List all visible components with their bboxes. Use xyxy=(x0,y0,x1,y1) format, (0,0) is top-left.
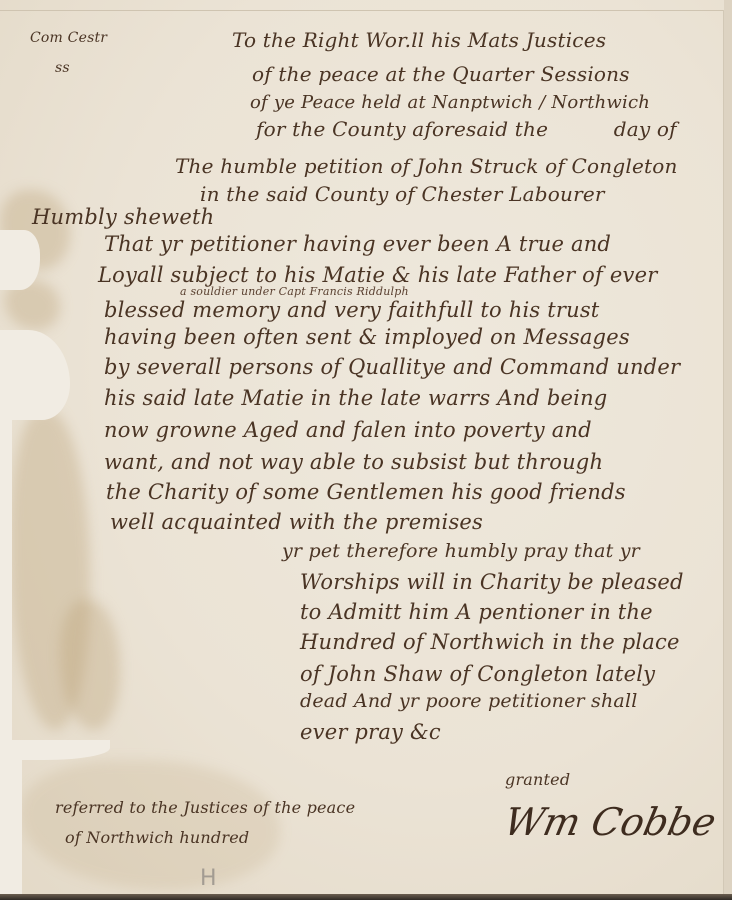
prayer-line: ever pray &c xyxy=(300,720,441,744)
body-line: want, and not way able to subsist but th… xyxy=(104,450,603,474)
torn-edge xyxy=(0,230,40,290)
granted-note: granted xyxy=(505,770,570,789)
page-right-edge xyxy=(724,0,732,900)
torn-edge xyxy=(0,420,12,760)
endorsement-line: of Northwich hundred xyxy=(65,828,249,847)
body-line: now growne Aged and falen into poverty a… xyxy=(104,418,592,442)
petitioner-line: in the said County of Chester Labourer xyxy=(200,182,605,206)
body-line: well acquainted with the premises xyxy=(110,510,483,534)
address-line: of ye Peace held at Nanptwich / Northwic… xyxy=(250,92,650,113)
address-line: To the Right Wor.ll his Mats Justices xyxy=(232,28,606,52)
body-line: the Charity of some Gentlemen his good f… xyxy=(106,480,626,504)
body-line: That yr petitioner having ever been A tr… xyxy=(104,232,611,256)
scan-bottom-edge xyxy=(0,894,732,900)
prayer-line: dead And yr poore petitioner shall xyxy=(300,690,638,712)
torn-edge xyxy=(0,740,110,760)
margin-note-ss: ss xyxy=(55,60,70,76)
body-line: by severall persons of Quallitye and Com… xyxy=(104,355,680,379)
interlineation: a souldier under Capt Francis Riddulph xyxy=(180,285,409,298)
scan-frame-top-line xyxy=(0,10,732,11)
address-line: for the County aforesaid the day of xyxy=(256,117,677,141)
prayer-line: to Admitt him A pentioner in the xyxy=(300,600,653,624)
body-line: his said late Matie in the late warrs An… xyxy=(104,386,607,410)
torn-edge xyxy=(0,330,70,420)
body-line: Loyall subject to his Matie & his late F… xyxy=(98,263,657,287)
signature: Wm Cobbe xyxy=(500,800,720,844)
manuscript-page: Com Cestr ss To the Right Wor.ll his Mat… xyxy=(0,0,732,900)
address-line: of the peace at the Quarter Sessions xyxy=(252,62,630,86)
petitioner-line: The humble petition of John Struck of Co… xyxy=(175,154,678,178)
torn-edge xyxy=(0,760,22,895)
margin-note-county: Com Cestr xyxy=(30,30,107,46)
water-stain xyxy=(20,760,280,890)
body-line: having been often sent & imployed on Mes… xyxy=(104,325,630,349)
endorsement-line: referred to the Justices of the peace xyxy=(55,798,355,817)
prayer-line: Worships will in Charity be pleased xyxy=(300,570,684,594)
prayer-line: Hundred of Northwich in the place xyxy=(300,630,680,654)
body-line: blessed memory and very faithfull to his… xyxy=(104,298,599,322)
salutation: Humbly sheweth xyxy=(32,205,214,229)
prayer-line: yr pet therefore humbly pray that yr xyxy=(282,540,640,562)
pencil-mark: H xyxy=(200,866,217,891)
prayer-line: of John Shaw of Congleton lately xyxy=(300,662,655,686)
